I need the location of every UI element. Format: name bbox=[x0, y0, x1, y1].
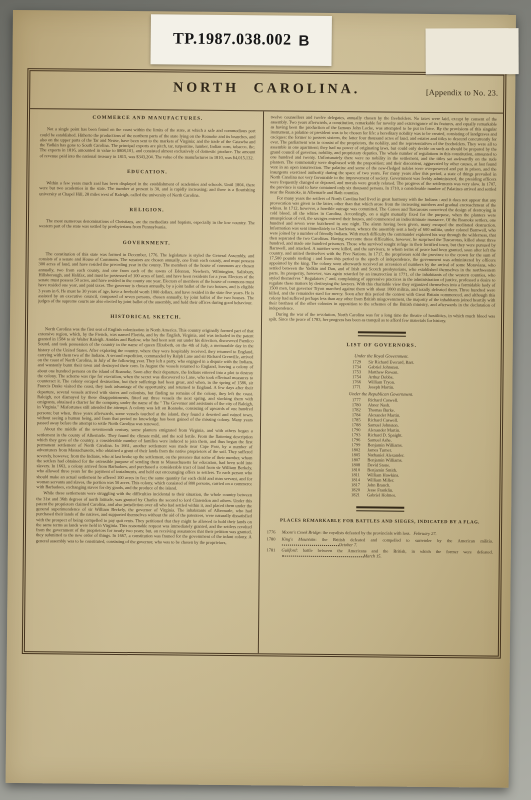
battles-section: PLACES REMARKABLE FOR BATTLES AND SIEGES… bbox=[266, 517, 493, 559]
historical-continuation-paragraph: twelve counsellors and twelve delegates,… bbox=[270, 114, 497, 196]
governor-year: 1771 bbox=[352, 384, 368, 389]
document-photo: TP.1987.038.002 B NORTH CAROLINA. [Appen… bbox=[0, 0, 531, 800]
royal-governors-list: 1729Sir Richard Everard, Bart. 1734Gabri… bbox=[352, 359, 495, 390]
page-frame: NORTH CAROLINA. [Appendix to No. 23. COM… bbox=[22, 68, 507, 659]
governors-section: LIST OF GOVERNORS. Under the Royal Gover… bbox=[267, 342, 495, 498]
republican-governors-list: 1777Richard Caswell. 1780Abner Nash. 178… bbox=[351, 397, 494, 498]
battle-place: Moore's Creek Bridge bbox=[282, 530, 321, 535]
battle-entry: 1780King's Mountain: the British defeate… bbox=[267, 536, 493, 548]
governor-row: 1821Gabriel Holmes. bbox=[351, 492, 493, 498]
accession-label-sticker: TP.1987.038.002 B bbox=[150, 14, 331, 66]
governor-name: Joseph Martin. bbox=[368, 384, 394, 389]
left-column: COMMERCE AND MANUFACTURES. Not a single … bbox=[25, 109, 263, 653]
battle-date: March 15. bbox=[363, 553, 381, 558]
commerce-paragraph: Not a single point has been found on the… bbox=[40, 126, 256, 160]
right-column: twelve counsellors and twelve delegates,… bbox=[258, 111, 503, 655]
republican-government-subheading: Under the Republican Government. bbox=[268, 390, 494, 397]
government-paragraph: The constitution of this state was forme… bbox=[38, 251, 254, 306]
historical-paragraph-3: While these settlements were struggling … bbox=[36, 490, 252, 545]
battle-date: October 7. bbox=[339, 542, 358, 547]
appendix-note: [Appendix to No. 23. bbox=[426, 88, 498, 98]
section-education-heading: EDUCATION. bbox=[39, 169, 255, 176]
section-divider-rule bbox=[356, 506, 404, 511]
masthead: NORTH CAROLINA. [Appendix to No. 23. bbox=[30, 71, 503, 114]
section-commerce-heading: COMMERCE AND MANUFACTURES. bbox=[40, 115, 256, 122]
battle-year: 1781 bbox=[267, 547, 276, 552]
battle-date: February 27. bbox=[413, 531, 436, 536]
indian-war-paragraph: For many years the settlers of North Car… bbox=[269, 195, 496, 312]
accession-number: TP.1987.038.002 bbox=[173, 30, 292, 49]
paper-patch bbox=[426, 28, 519, 74]
battle-year: 1776 bbox=[267, 529, 276, 534]
battle-entry: 1781Guilford: battle between the America… bbox=[266, 547, 492, 559]
section-government-heading: GOVERNMENT. bbox=[39, 240, 255, 247]
battle-year: 1780 bbox=[267, 536, 276, 541]
section-divider-rule bbox=[358, 331, 406, 336]
governor-name: Gabriel Holmes. bbox=[367, 492, 396, 497]
paper-page: TP.1987.038.002 B NORTH CAROLINA. [Appen… bbox=[6, 10, 516, 788]
governor-year: 1821 bbox=[351, 492, 367, 497]
battle-text: : the royalists defeated by the provinci… bbox=[320, 530, 410, 536]
dot-leader bbox=[282, 541, 339, 546]
accession-suffix: B bbox=[298, 32, 309, 49]
revolution-paragraph: During the war of the revolution, North … bbox=[269, 311, 495, 323]
section-historical-heading: HISTORICAL SKETCH. bbox=[38, 314, 254, 321]
section-religion-heading: RELIGION. bbox=[39, 207, 255, 214]
historical-paragraph-2: About the middle of the seventeenth cent… bbox=[36, 426, 252, 491]
governor-row: 1771Joseph Martin. bbox=[352, 384, 494, 390]
dot-leader bbox=[281, 553, 363, 558]
battles-heading: PLACES REMARKABLE FOR BATTLES AND SIEGES… bbox=[267, 517, 493, 524]
historical-paragraph-1: North Carolina was the first seat of Eng… bbox=[37, 326, 254, 428]
governors-heading: LIST OF GOVERNORS. bbox=[268, 342, 494, 349]
education-paragraph: Within a few years much zeal has been di… bbox=[39, 180, 255, 198]
religion-paragraph: The most numerous denominations of Chris… bbox=[39, 218, 255, 231]
text-columns: COMMERCE AND MANUFACTURES. Not a single … bbox=[25, 109, 503, 656]
